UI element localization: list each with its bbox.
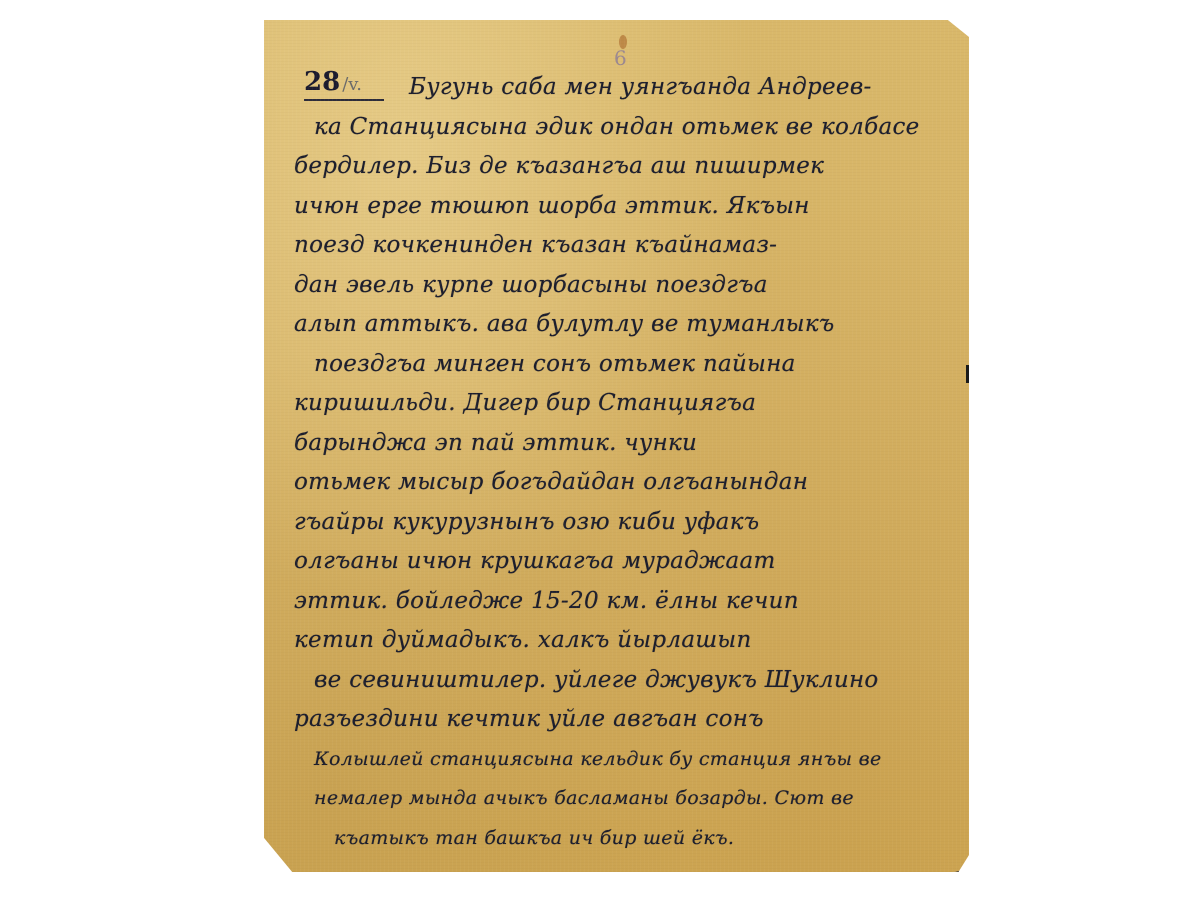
page-number: 6 <box>614 46 627 70</box>
text-line: эттик. бойледже 15-20 км. ёлны кечип <box>294 582 964 622</box>
text-line: разъездини кечтик уйле авгъан сонъ <box>294 700 964 740</box>
text-line: гъайры кукурузнынъ озю киби уфакъ <box>294 503 964 543</box>
text-line: дан эвель курпе шорбасыны поездгъа <box>294 266 964 306</box>
text-line: алып аттыкъ. ава булутлу ве туманлыкъ <box>294 305 964 345</box>
text-line: поездгъа минген сонъ отьмек пайына <box>294 345 964 385</box>
handwritten-text: Бугунь саба мен уянгъанда Андреев- ка Ст… <box>294 68 964 858</box>
text-line: отьмек мысыр богъдайдан олгъанындан <box>294 463 964 503</box>
margin-mark <box>966 365 969 383</box>
scan-canvas: 6 28/v. Бугунь саба мен уянгъанда Андрее… <box>0 0 1200 900</box>
text-line: немалер мында ачыкъ басламаны бозарды. С… <box>294 779 964 819</box>
text-line: къатыкъ тан башкъа ич бир шей ёкъ. <box>294 819 964 859</box>
text-line: олгъаны ичюн крушкагъа мураджаат <box>294 542 964 582</box>
text-line: Колышлей станциясына кельдик бу станция … <box>294 740 964 780</box>
text-line: Бугунь саба мен уянгъанда Андреев- <box>294 68 964 108</box>
text-line: киришильди. Дигер бир Станциягъа <box>294 384 964 424</box>
text-line: кетип дуймадыкъ. халкъ йырлашып <box>294 621 964 661</box>
text-line: поезд кочкенинден къазан къайнамаз- <box>294 226 964 266</box>
text-line: ка Станциясына эдик ондан отьмек ве колб… <box>294 108 964 148</box>
text-line: ичюн ерге тюшюп шорба эттик. Якъын <box>294 187 964 227</box>
text-line: ве севиништилер. уйлеге джувукъ Шуклино <box>294 661 964 701</box>
diary-page: 6 28/v. Бугунь саба мен уянгъанда Андрее… <box>264 20 969 872</box>
text-line: барынджа эп пай эттик. чунки <box>294 424 964 464</box>
text-line: бердилер. Биз де къазангъа аш пиширмек <box>294 147 964 187</box>
